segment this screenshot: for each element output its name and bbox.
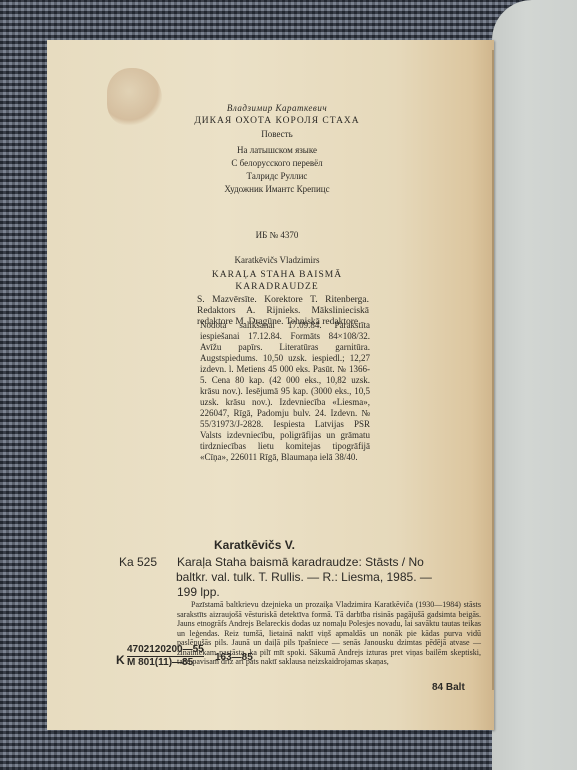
catalog-line3: 199 lpp. <box>177 585 477 600</box>
catalog-line1: Karaļa Staha baismā karadraudze: Stāsts … <box>177 555 477 570</box>
price-code: 84 Balt <box>432 682 465 693</box>
genre-ru: Повесть <box>177 128 377 141</box>
title-lv-line2: KARADRAUDZE <box>177 281 377 293</box>
title-ru: ДИКАЯ ОХОТА КОРОЛЯ СТАХА <box>177 115 377 128</box>
index-fraction: 4702120200—55 M 801(11)—85 <box>127 644 204 668</box>
translated-from-ru: С белорусского перевёл <box>177 157 377 170</box>
print-details: Nodota salikšanai 17.09.84. Parakstīta i… <box>200 320 370 463</box>
catalog-author: Karatkēvičs V. <box>214 538 295 552</box>
author-ru: Владзимир Караткевич <box>177 102 377 115</box>
fraction-suffix: 163—85 <box>215 652 253 663</box>
k-letter: K <box>116 653 125 667</box>
book-page: Владзимир Караткевич ДИКАЯ ОХОТА КОРОЛЯ … <box>47 40 494 730</box>
language-ru: На латышском языке <box>177 144 377 157</box>
title-lv: KARAĻA STAHA BAISMĀ KARADRAUDZE <box>177 269 377 293</box>
catalog-entry: Karaļa Staha baismā karadraudze: Stāsts … <box>177 555 477 600</box>
catalog-code: Ka 525 <box>119 555 157 569</box>
artist-ru: Художник Имантс Крепицс <box>177 183 377 196</box>
translator-ru: Талридс Руллис <box>177 170 377 183</box>
russian-imprint: Владзимир Караткевич ДИКАЯ ОХОТА КОРОЛЯ … <box>177 102 377 196</box>
fraction-denominator: M 801(11)—85 <box>127 657 204 668</box>
fraction-numerator: 4702120200—55 <box>127 644 204 657</box>
ib-number: ИБ № 4370 <box>177 230 377 240</box>
catalog-line2: baltkr. val. tulk. T. Rullis. — R.: Lies… <box>176 570 477 585</box>
stain-mark <box>107 68 162 126</box>
title-lv-line1: KARAĻA STAHA BAISMĀ <box>177 269 377 281</box>
author-lv: Karatkēvičs Vladzimirs <box>177 255 377 265</box>
book-cover-edge <box>492 0 577 770</box>
